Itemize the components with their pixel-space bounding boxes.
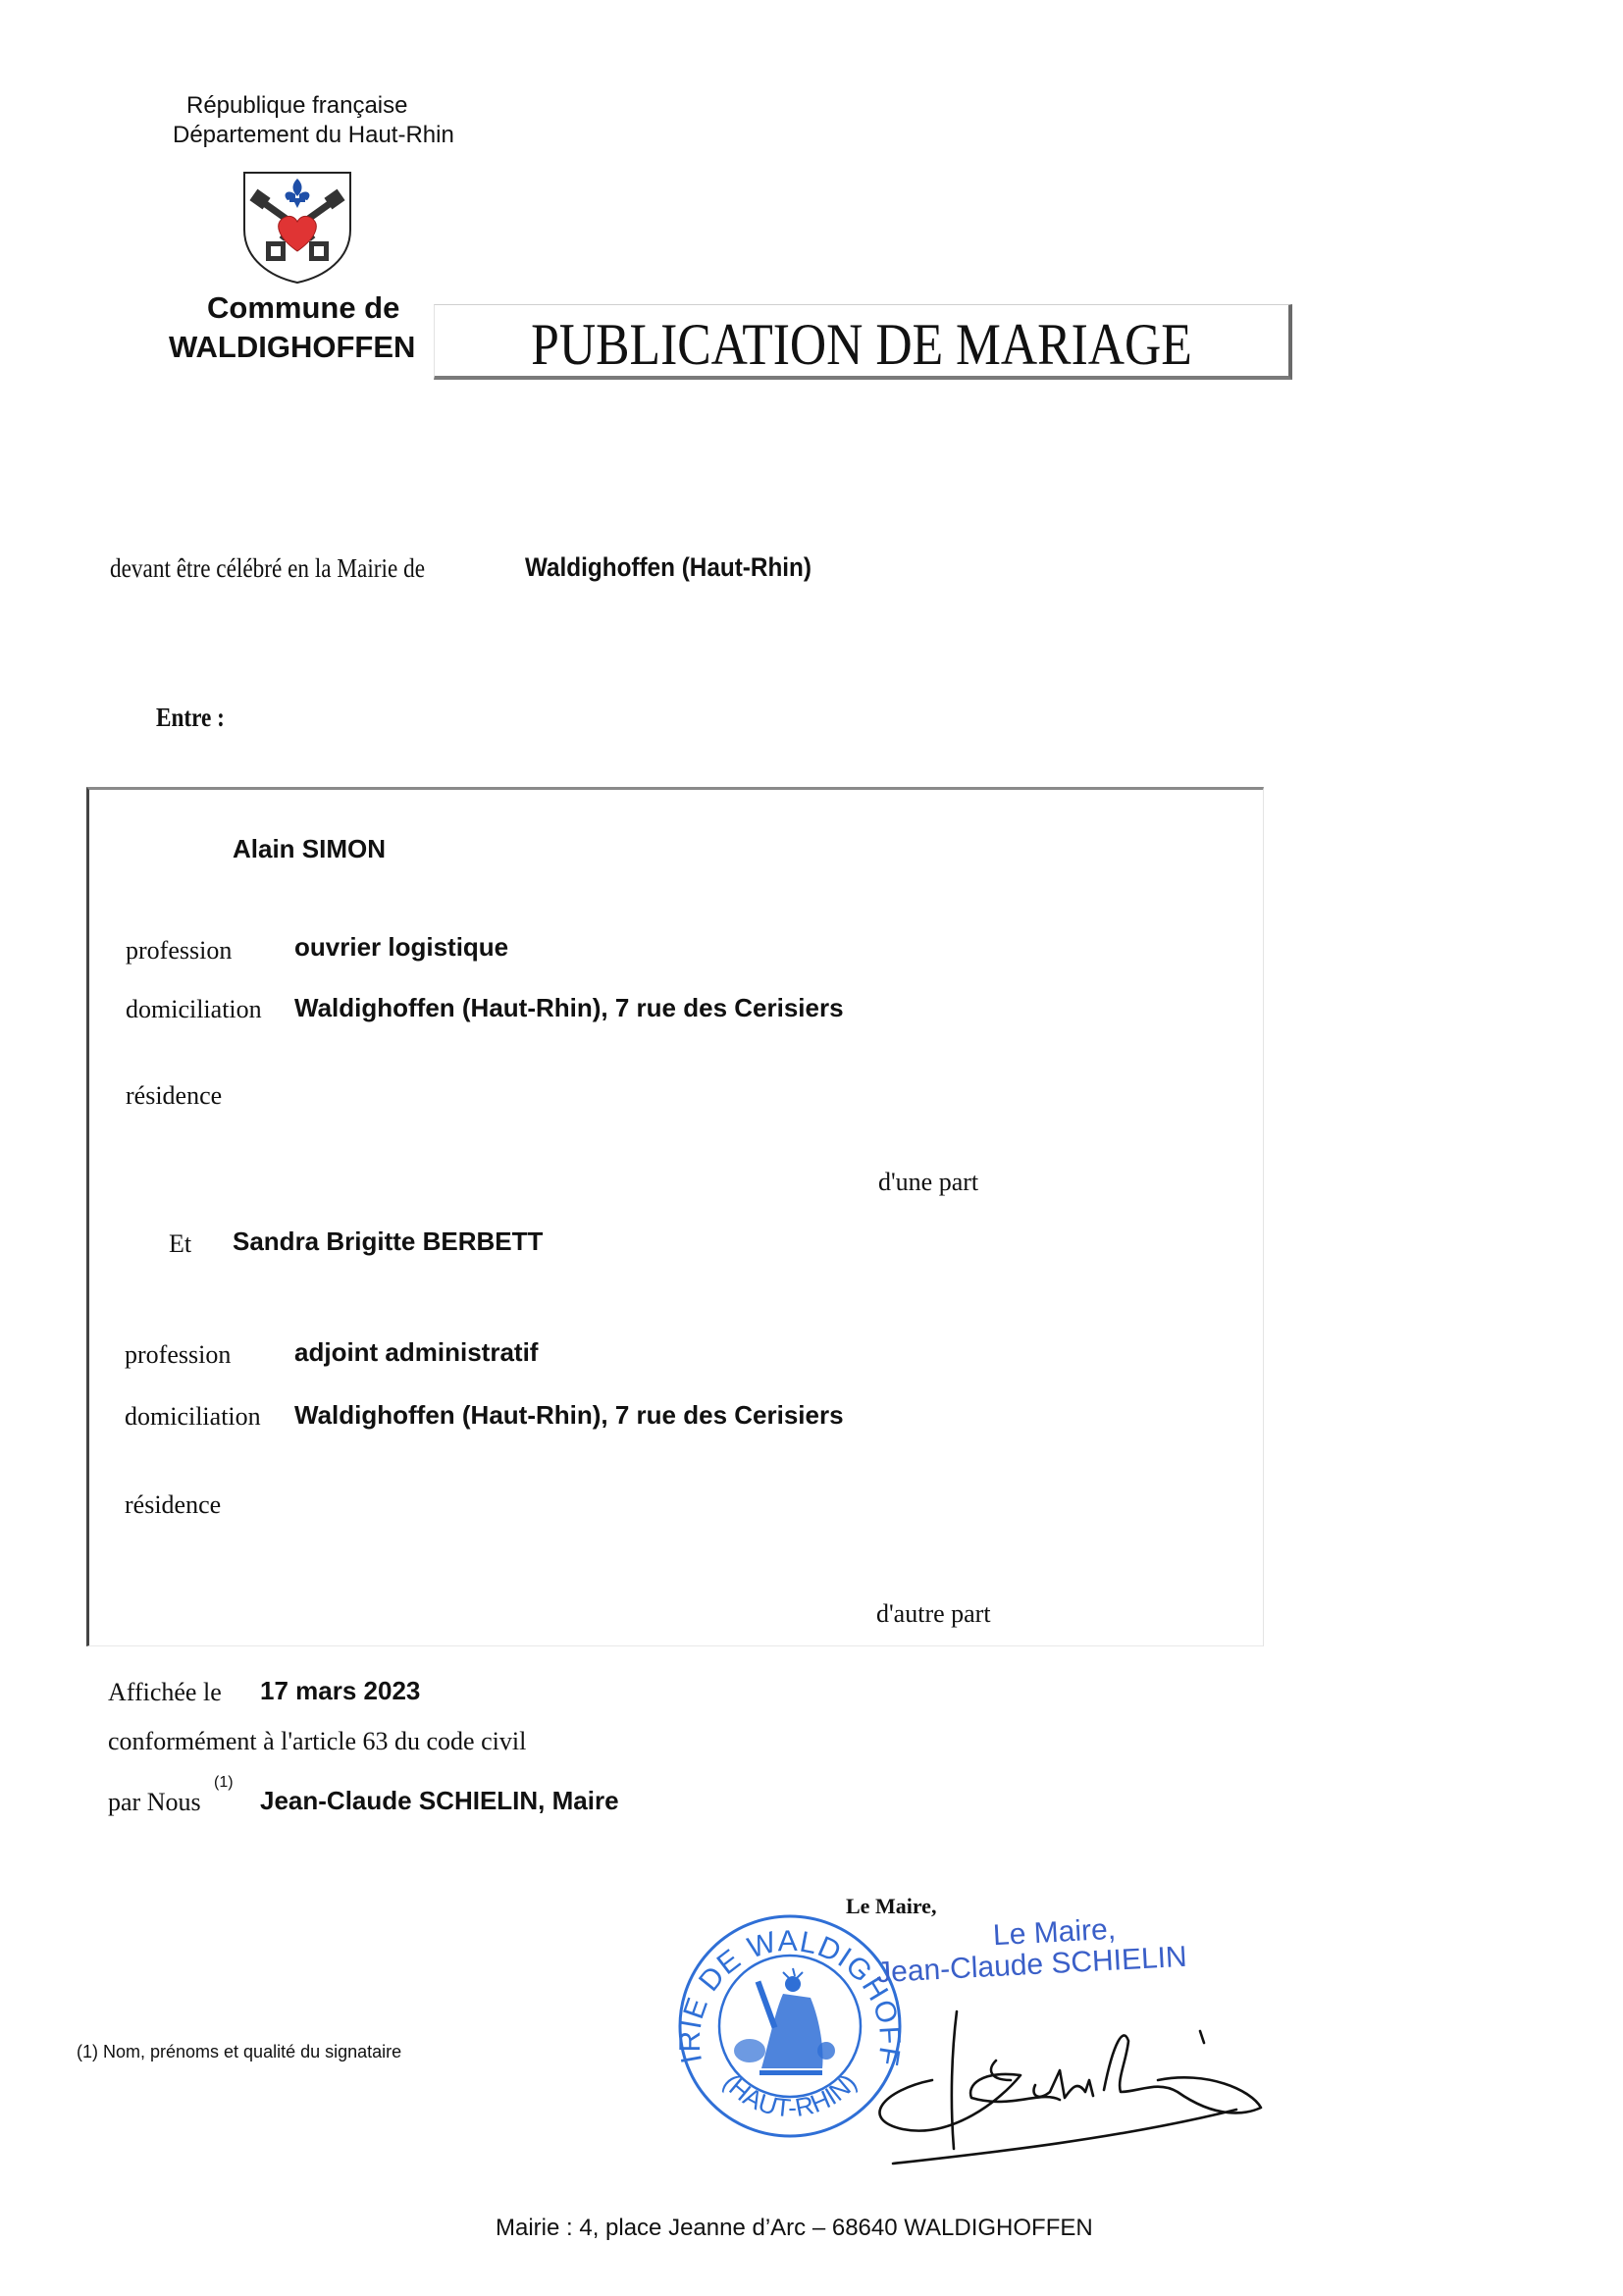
party1-profession: ouvrier logistique <box>294 932 508 963</box>
commune-label: Commune de <box>207 290 399 326</box>
party2-domicile-label: domiciliation <box>125 1402 261 1432</box>
party1-profession-label: profession <box>126 936 232 965</box>
legal-reference: conformément à l'article 63 du code civi… <box>108 1727 526 1756</box>
party2-side: d'autre part <box>876 1599 991 1629</box>
party2-profession: adjoint administratif <box>294 1337 538 1368</box>
party1-side: d'une part <box>878 1168 978 1197</box>
footnote-mark: (1) <box>214 1774 234 1792</box>
department-label: Département du Haut-Rhin <box>173 122 454 149</box>
ceremony-place: Waldighoffen (Haut-Rhin) <box>525 552 811 583</box>
party2-name: Sandra Brigitte BERBETT <box>233 1226 543 1257</box>
intro-label: devant être célébré en la Mairie de <box>110 553 425 584</box>
posted-label: Affichée le <box>108 1678 222 1707</box>
handwritten-signature-icon <box>864 1982 1276 2168</box>
coat-of-arms-icon <box>238 169 356 285</box>
party1-name: Alain SIMON <box>233 834 386 864</box>
town-hall-address: Mairie : 4, place Jeanne d’Arc – 68640 W… <box>496 2215 1093 2242</box>
footnote-text: (1) Nom, prénoms et qualité du signatair… <box>77 2042 401 2062</box>
between-label: Entre : <box>156 703 225 733</box>
title-box: PUBLICATION DE MARIAGE <box>434 304 1292 380</box>
page-title: PUBLICATION DE MARIAGE <box>495 311 1229 379</box>
parties-box <box>86 787 1264 1646</box>
signatory: Jean-Claude SCHIELIN, Maire <box>260 1786 619 1816</box>
commune-name: WALDIGHOFFEN <box>169 330 415 365</box>
party1-domicile: Waldighoffen (Haut-Rhin), 7 rue des Ceri… <box>294 993 844 1023</box>
posted-date: 17 mars 2023 <box>260 1676 420 1706</box>
republic-label: République française <box>186 92 407 120</box>
party1-residence-label: résidence <box>126 1081 222 1111</box>
party2-residence-label: résidence <box>125 1490 221 1520</box>
party2-prefix: Et <box>169 1229 191 1259</box>
party1-domicile-label: domiciliation <box>126 995 262 1024</box>
by-label: par Nous <box>108 1788 201 1817</box>
party2-domicile: Waldighoffen (Haut-Rhin), 7 rue des Ceri… <box>294 1400 844 1431</box>
party2-profession-label: profession <box>125 1340 231 1370</box>
